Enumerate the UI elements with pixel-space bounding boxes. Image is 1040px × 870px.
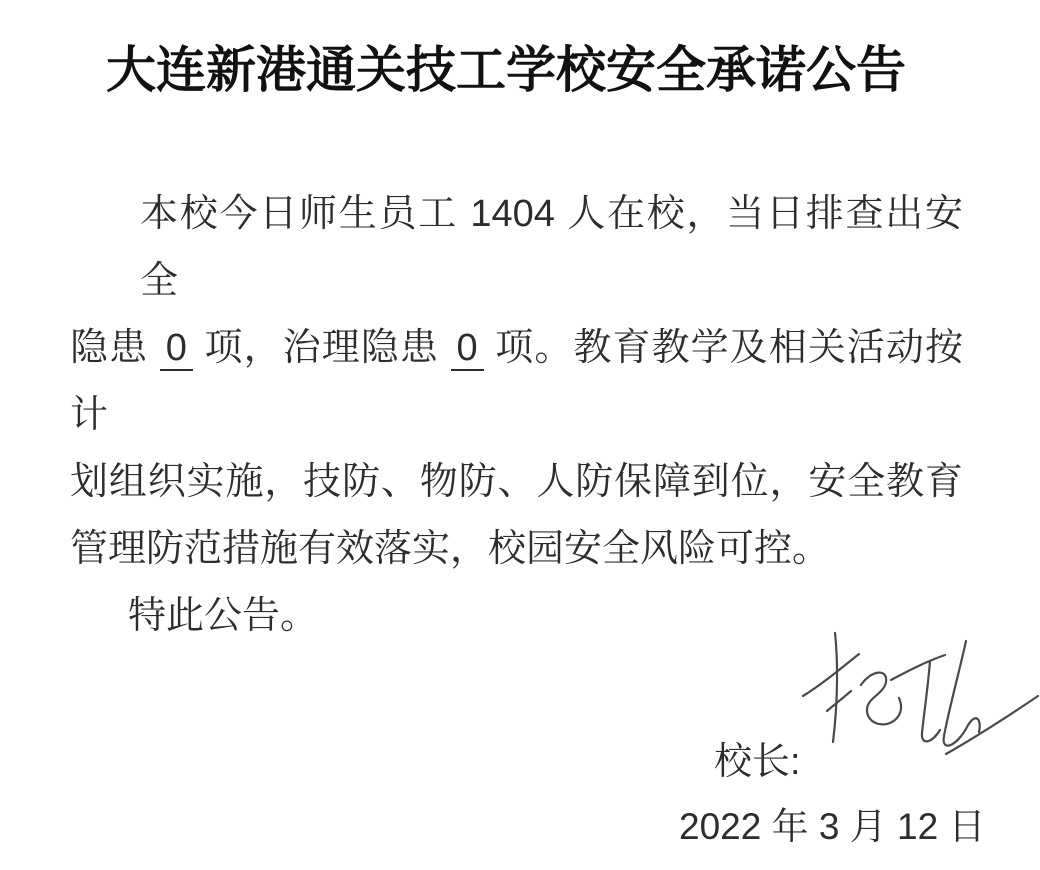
text-segment: 特此公告。 — [128, 595, 318, 637]
paragraph-line: 划组织实施，技防、物防、人防保障到位，安全教育 — [70, 449, 963, 516]
announcement-document: 大连新港通关技工学校安全承诺公告 本校今日师生员工 1404 人在校，当日排查出… — [0, 0, 1040, 870]
text-segment: 管理防范措施有效落实，校园安全风险可控。 — [70, 528, 830, 570]
paragraph-line: 隐患 0 项，治理隐患 0 项。教育教学及相关活动按计 — [70, 315, 963, 449]
announcement-date: 2022 年 3 月 12 日 — [679, 796, 985, 850]
document-title: 大连新港通关技工学校安全承诺公告 — [106, 40, 906, 100]
underlined-value: 0 — [451, 327, 484, 371]
text-segment: 隐患 — [70, 327, 160, 369]
paragraph-line: 本校今日师生员工 1404 人在校，当日排查出安全 — [70, 181, 963, 315]
text-segment: 划组织实施，技防、物防、人防保障到位，安全教育 — [70, 461, 963, 503]
text-segment: 项，治理隐患 — [193, 327, 451, 369]
body-paragraph: 本校今日师生员工 1404 人在校，当日排查出安全 隐患 0 项，治理隐患 0 … — [70, 181, 963, 650]
text-segment: 本校今日师生员工 1404 人在校，当日排查出安全 — [140, 193, 963, 302]
principal-label: 校长: — [714, 730, 801, 785]
paragraph-line: 管理防范措施有效落实，校园安全风险可控。 — [70, 516, 963, 583]
principal-signature-icon — [789, 599, 1040, 797]
underlined-value: 0 — [160, 327, 193, 371]
